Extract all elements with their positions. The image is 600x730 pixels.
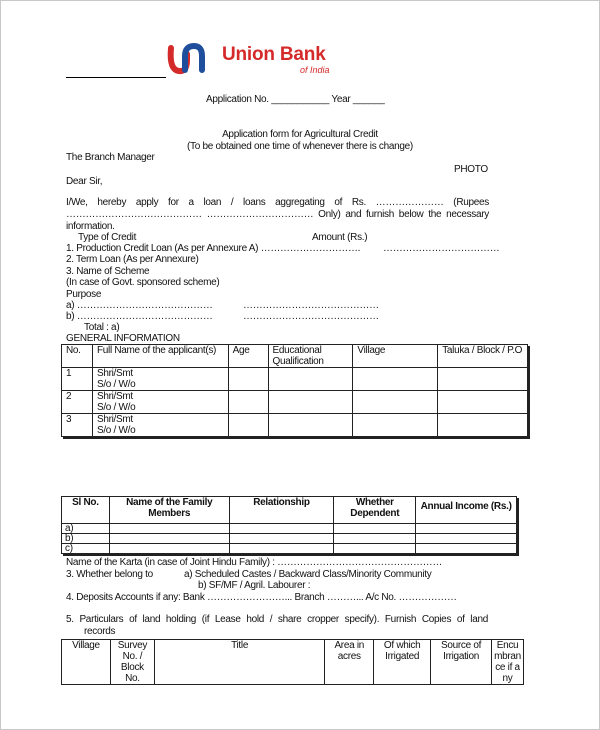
cell-income[interactable] (416, 524, 517, 534)
cell-sl-no: b) (62, 534, 110, 544)
purpose-b: b) …………………………………… (66, 311, 213, 322)
cell-dependent[interactable] (334, 524, 416, 534)
addressee: The Branch Manager (66, 152, 155, 163)
col-header-education: Educational Qualification (268, 345, 353, 368)
cell-relationship[interactable] (229, 544, 334, 554)
col-header-name: Full Name of the applicant(s) (92, 345, 228, 368)
application-number-line: Application No. ___________ Year ______ (206, 94, 384, 105)
col-header-relationship: Relationship (229, 497, 334, 524)
cell-income[interactable] (416, 534, 517, 544)
cell-education[interactable] (268, 368, 353, 391)
intro-line-1: I/We, hereby apply for a loan / loans ag… (66, 197, 489, 209)
cell-family-name[interactable] (109, 524, 229, 534)
family-members-table: Sl No. Name of the Family Members Relati… (61, 496, 517, 554)
intro-line-2: …………………………………… …………………………… Only) and fur… (66, 209, 489, 221)
q3-option-b: b) SF/MF / Agril. Labourer : (198, 580, 310, 591)
cell-sl-no: a) (62, 524, 110, 534)
type-of-credit-label: Type of Credit (78, 232, 136, 243)
relation-prefix: S/o / W/o (97, 379, 224, 390)
q5-line-2: records (84, 626, 115, 637)
col-header-title: Title (154, 640, 324, 685)
total-label: Total : a) (84, 322, 119, 333)
col-header-no: No. (62, 345, 93, 368)
purpose-a-amount: …………………………………… (243, 300, 379, 311)
cell-income[interactable] (416, 544, 517, 554)
col-header-dependent: Whether Dependent (334, 497, 416, 524)
table-row: a) (62, 524, 517, 534)
col-header-survey-no: Survey No. / Block No. (110, 640, 154, 685)
col-header-age: Age (228, 345, 268, 368)
cell-age[interactable] (228, 391, 268, 414)
union-bank-logo-icon (165, 40, 207, 76)
land-holding-table: Village Survey No. / Block No. Title Are… (61, 639, 524, 685)
cell-taluka[interactable] (438, 391, 528, 414)
cell-village[interactable] (353, 368, 438, 391)
col-header-village: Village (62, 640, 111, 685)
salutation: Dear Sir, (66, 176, 102, 187)
cell-name[interactable]: Shri/SmtS/o / W/o (92, 391, 228, 414)
col-header-irrigated: Of which Irrigated (374, 640, 431, 685)
col-header-sl-no: Sl No. (62, 497, 110, 524)
table-header-row: No. Full Name of the applicant(s) Age Ed… (62, 345, 528, 368)
cell-taluka[interactable] (438, 414, 528, 437)
table-header-row: Village Survey No. / Block No. Title Are… (62, 640, 524, 685)
table-header-row: Sl No. Name of the Family Members Relati… (62, 497, 517, 524)
table-row: c) (62, 544, 517, 554)
form-title: Application form for Agricultural Credit (60, 129, 540, 140)
purpose-b-amount: …………………………………… (243, 311, 379, 322)
cell-family-name[interactable] (109, 534, 229, 544)
name-prefix: Shri/Smt (97, 391, 224, 402)
col-header-taluka: Taluka / Block / P.O (438, 345, 528, 368)
col-header-family-name: Name of the Family Members (109, 497, 229, 524)
credit-item-3: 3. Name of Scheme (66, 266, 149, 277)
name-prefix: Shri/Smt (97, 414, 224, 425)
cell-dependent[interactable] (334, 534, 416, 544)
relation-prefix: S/o / W/o (97, 425, 224, 436)
credit-item-2: 2. Term Loan (As per Annexure) (66, 254, 199, 265)
cell-no: 1 (62, 368, 93, 391)
credit-item-1: 1. Production Credit Loan (As per Annexu… (66, 243, 360, 254)
photo-label: PHOTO (454, 164, 488, 175)
q3-label: 3. Whether belong to (66, 569, 153, 580)
cell-name[interactable]: Shri/SmtS/o / W/o (92, 414, 228, 437)
intro-line-3: information. (66, 221, 115, 232)
col-header-annual-income: Annual Income (Rs.) (416, 497, 517, 524)
q4-deposits: 4. Deposits Accounts if any: Bank ………………… (66, 592, 457, 603)
name-prefix: Shri/Smt (97, 368, 224, 379)
cell-education[interactable] (268, 391, 353, 414)
table-row: 1 Shri/SmtS/o / W/o (62, 368, 528, 391)
purpose-label: Purpose (66, 289, 101, 300)
q3-option-a: a) Scheduled Castes / Backward Class/Min… (184, 569, 432, 580)
table-row: 2 Shri/SmtS/o / W/o (62, 391, 528, 414)
col-header-irrigation-source: Source of Irrigation (431, 640, 492, 685)
applicants-table: No. Full Name of the applicant(s) Age Ed… (61, 344, 528, 437)
cell-education[interactable] (268, 414, 353, 437)
col-header-village: Village (353, 345, 438, 368)
cell-relationship[interactable] (229, 524, 334, 534)
credit-item-3-note: (In case of Govt. sponsored scheme) (66, 277, 219, 288)
cell-no: 2 (62, 391, 93, 414)
cell-village[interactable] (353, 391, 438, 414)
col-header-encumbrance: Encumbrance if any (492, 640, 524, 685)
cell-age[interactable] (228, 414, 268, 437)
amount-label: Amount (Rs.) (312, 232, 367, 243)
purpose-a: a) …………………………………… (66, 300, 213, 311)
brand-subtitle: of India (300, 65, 330, 75)
karta-line: Name of the Karta (in case of Joint Hind… (66, 557, 442, 568)
cell-relationship[interactable] (229, 534, 334, 544)
brand-name: Union Bank (222, 44, 326, 66)
cell-village[interactable] (353, 414, 438, 437)
cell-sl-no: c) (62, 544, 110, 554)
cell-dependent[interactable] (334, 544, 416, 554)
form-subtitle: (To be obtained one time of whenever the… (60, 141, 540, 152)
cell-name[interactable]: Shri/SmtS/o / W/o (92, 368, 228, 391)
cell-age[interactable] (228, 368, 268, 391)
cell-family-name[interactable] (109, 544, 229, 554)
q5-line-1: 5. Particulars of land holding (if Lease… (66, 614, 488, 626)
table-row: b) (62, 534, 517, 544)
general-info-heading: GENERAL INFORMATION (66, 333, 180, 344)
signature-line (66, 77, 166, 78)
col-header-area: Area in acres (325, 640, 374, 685)
cell-taluka[interactable] (438, 368, 528, 391)
cell-no: 3 (62, 414, 93, 437)
credit-item-1-amount: ……………………………… (383, 243, 499, 254)
table-row: 3 Shri/SmtS/o / W/o (62, 414, 528, 437)
relation-prefix: S/o / W/o (97, 402, 224, 413)
